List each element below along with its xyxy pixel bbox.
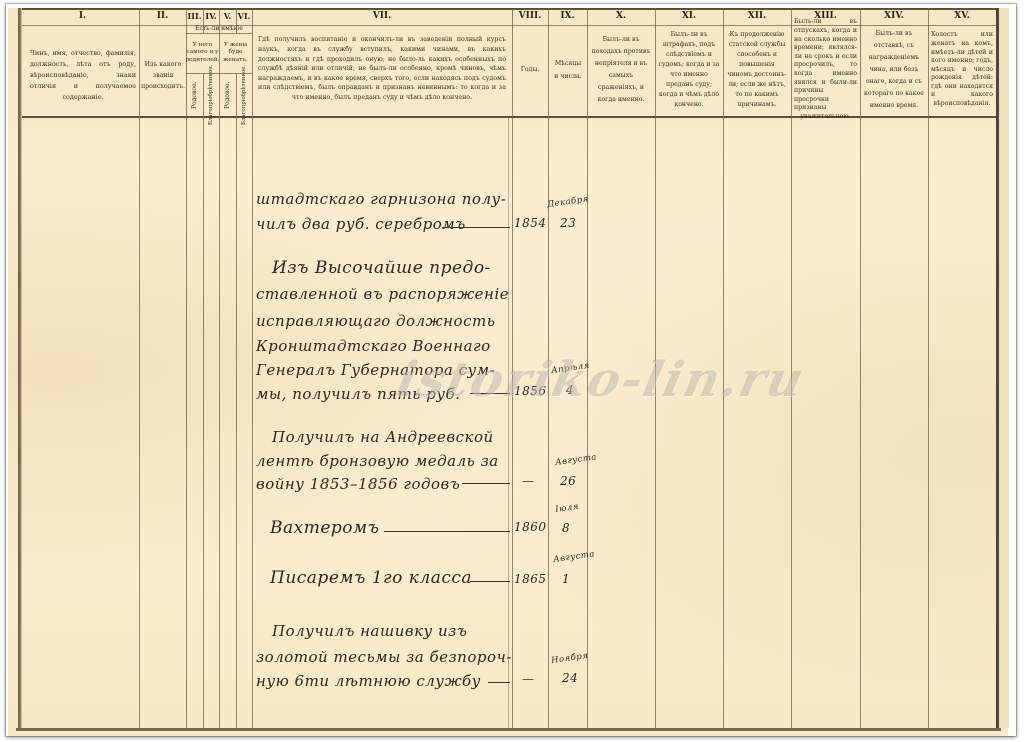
column-number: II. <box>139 8 186 24</box>
column-number: XII. <box>723 8 791 24</box>
column-header-wife-hereditary: Родовое. <box>220 75 235 115</box>
page-bottom-edge <box>16 728 1001 731</box>
col-rule <box>203 73 204 728</box>
entry-year: 1860 <box>514 520 547 534</box>
column-number: X. <box>587 8 655 24</box>
col-rule <box>219 8 220 728</box>
column-number: VII. <box>252 8 512 24</box>
estate-group-label: Есть-ли имѣніе <box>186 25 252 33</box>
column-number: I. <box>26 8 139 24</box>
entry-dash <box>488 682 510 683</box>
entry-year: — <box>522 474 535 488</box>
column-number: V. <box>219 8 236 24</box>
service-entry-line: Получилъ на Андреевской <box>272 428 494 446</box>
entry-dash <box>442 227 510 228</box>
column-header-months-days: Мѣсяцы и числа. <box>550 30 586 110</box>
column-number: IV. <box>203 8 219 24</box>
service-entry-line: золотой тесьмы за безпороч- <box>256 648 512 666</box>
col-rule <box>139 8 140 728</box>
column-header-origin: Изъ какого званія происходитъ. <box>140 40 186 110</box>
column-header-promotion: Къ продолженію статской службы способенъ… <box>724 30 790 110</box>
entry-dash <box>470 581 510 582</box>
service-entry-line: чилъ два руб. серебромъ <box>256 215 466 233</box>
col-rule <box>860 8 861 728</box>
entry-dash <box>384 531 510 532</box>
col-rule <box>508 117 509 728</box>
column-header-campaigns: Былъ-ли въ походахъ противъ непріятеля и… <box>588 30 654 110</box>
column-header-leave: Былъ-ли въ отпускахъ, когда и на сколько… <box>792 30 859 110</box>
col-rule <box>252 8 253 728</box>
entry-day: 23 <box>560 216 576 230</box>
watermark: istoriko-lin.ru <box>392 352 810 408</box>
entry-dash <box>462 483 510 484</box>
column-number: IX. <box>548 8 587 24</box>
column-header-rank-name: Чинъ, имя, отчество, фамилія, должность,… <box>28 40 138 110</box>
entry-day: 8 <box>562 521 570 535</box>
column-header-penalties: Былъ-ли въ штрафахъ, подъ слѣдствіемъ и … <box>656 30 722 110</box>
column-header-years: Годы. <box>512 30 548 110</box>
entry-year: — <box>522 672 535 686</box>
column-number: XI. <box>655 8 723 24</box>
col-rule <box>928 8 929 728</box>
column-header-wife-acquired: Благопріобрѣтенное. <box>237 75 252 115</box>
column-number: VIII. <box>512 8 548 24</box>
service-entry-line: Вахтеромъ <box>270 518 379 538</box>
service-entry-line: войну 1853–1856 годовъ <box>256 475 460 493</box>
entry-day: 24 <box>562 671 578 685</box>
column-header-service-history: Гдѣ получилъ воспитаніе и окончилъ-ли въ… <box>256 34 508 104</box>
service-entry-line: исправляющаго должность <box>256 312 495 330</box>
service-entry-line: Получилъ нашивку изъ <box>272 622 467 640</box>
column-number: VI. <box>236 8 252 24</box>
service-entry-line: штадтскаго гарнизона полу- <box>256 190 506 208</box>
col-rule <box>236 73 237 728</box>
entry-year: 1854 <box>514 216 547 230</box>
column-number: XIV. <box>860 8 928 24</box>
entry-day: 26 <box>560 474 576 488</box>
col-rule <box>186 8 187 728</box>
column-header-retirement: Былъ-ли въ отставкѣ, съ награжденіемъ чи… <box>861 30 927 110</box>
page-right-margin <box>999 8 1009 728</box>
entry-year: 1865 <box>514 572 547 586</box>
service-entry-line: ную 6ти лѣтнюю службу <box>256 672 481 690</box>
column-header-family: Холостъ или женатъ на комъ, имѣетъ-ли дѣ… <box>929 30 995 110</box>
column-header-self-acquired: Благопріобрѣтенное. <box>204 75 219 115</box>
service-entry-line: Писаремъ 1го класса <box>270 568 472 588</box>
service-entry-line: Изъ Высочайше предо- <box>272 258 491 278</box>
column-header-self-hereditary: Родовое. <box>187 75 202 115</box>
service-entry-line: лентѣ бронзовую медаль за <box>256 452 499 470</box>
service-entry-line: ставленной въ распоряженіе <box>256 285 509 303</box>
column-number: III. <box>186 8 203 24</box>
column-number: XV. <box>928 8 996 24</box>
entry-day: 1 <box>562 572 570 586</box>
